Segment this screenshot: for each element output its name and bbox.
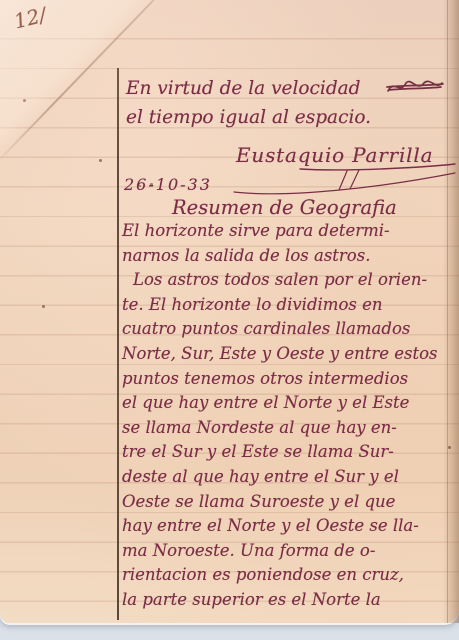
ink-speck <box>42 305 45 308</box>
maxim-text: En virtud de la velocidad el tiempo igua… <box>126 74 371 132</box>
ink-speck <box>448 446 451 449</box>
section-title: Resumen de Geografia <box>172 196 397 219</box>
body-line: hay entre el Norte y el Oeste se lla- <box>122 514 458 539</box>
body-line: tre el Sur y el Este se llama Sur- <box>122 440 458 465</box>
body-line: Los astros todos salen por el orien- <box>122 268 458 293</box>
body-line: deste al que hay entre el Sur y el <box>122 465 458 490</box>
scribbled-out-word <box>384 76 446 102</box>
body-line: el que hay entre el Norte y el Este <box>122 391 458 416</box>
maxim-line-1: En virtud de la velocidad <box>126 74 371 103</box>
scanned-manuscript-photo: 12/ En virtud de la velocidad el tiempo … <box>0 0 459 640</box>
body-line: rientacion es poniendose en cruz, <box>122 563 458 588</box>
ink-speck <box>99 159 102 162</box>
ink-speck <box>150 183 153 186</box>
body-line: narnos la salida de los astros. <box>122 244 458 269</box>
margin-rule-line <box>117 68 119 620</box>
body-line: se llama Nordeste al que hay en- <box>122 416 458 441</box>
page-number: 12/ <box>12 2 49 33</box>
body-text: El horizonte sirve para determi- narnos … <box>122 219 458 613</box>
body-line: te. El horizonte lo dividimos en <box>122 293 458 318</box>
date: 26-10-33 <box>124 175 212 194</box>
body-line: El horizonte sirve para determi- <box>122 219 458 244</box>
body-line: cuatro puntos cardinales llamados <box>122 317 458 342</box>
body-line: ma Noroeste. Una forma de o- <box>122 539 458 564</box>
body-line: Norte, Sur, Este y Oeste y entre estos <box>122 342 458 367</box>
maxim-line-2: el tiempo igual al espacio. <box>126 103 371 132</box>
body-line: Oeste se llama Suroeste y el que <box>122 490 458 515</box>
body-line: puntos tenemos otros intermedios <box>122 367 458 392</box>
ink-speck <box>23 99 26 102</box>
manuscript-page: 12/ En virtud de la velocidad el tiempo … <box>0 0 459 623</box>
body-line: la parte superior es el Norte la <box>122 588 458 613</box>
ink-speck <box>139 185 141 187</box>
